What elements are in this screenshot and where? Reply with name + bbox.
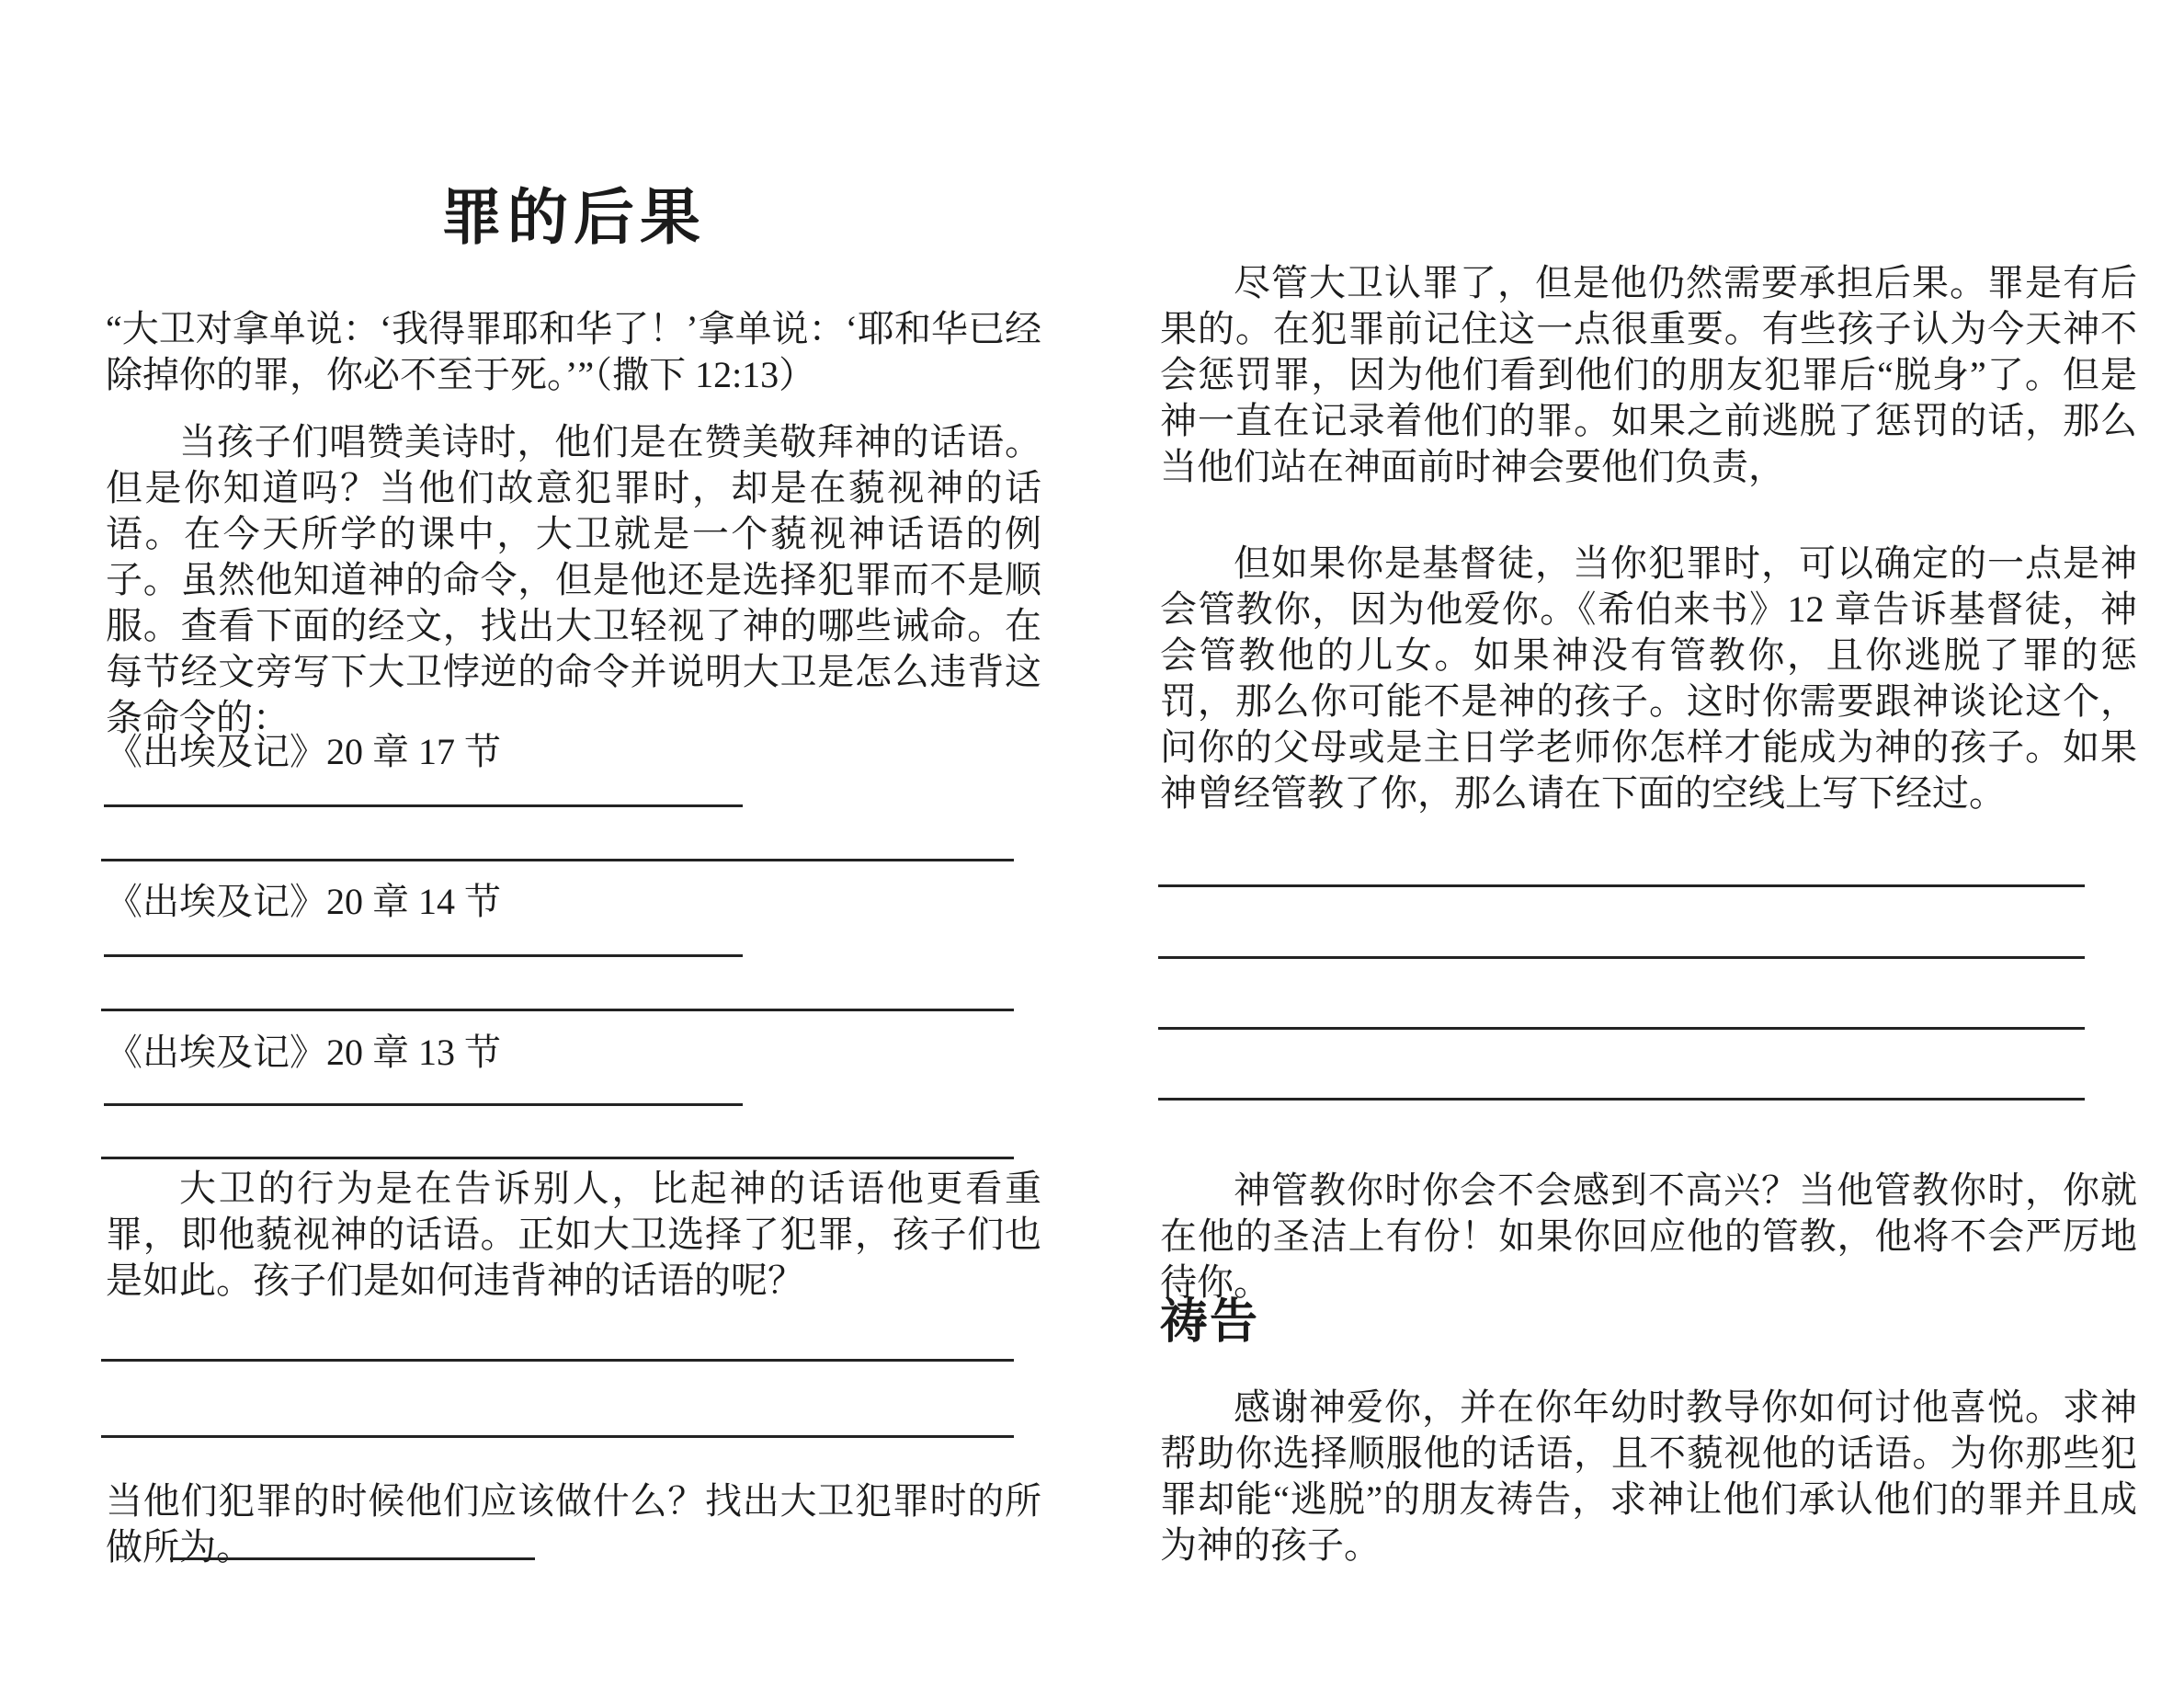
answer-line-full: [101, 1359, 1014, 1362]
answer-line-full: [1158, 1027, 2085, 1030]
answer-line-short: [104, 804, 743, 807]
scripture-reference-exodus-20-17: 《出埃及记》20 章 17 节: [106, 729, 501, 775]
answer-line-short: [104, 954, 743, 957]
page-title: 罪的后果: [106, 180, 1041, 257]
scripture-reference-exodus-20-14: 《出埃及记》20 章 14 节: [106, 879, 501, 925]
holiness-paragraph: 神管教你时你会不会感到不高兴？当他管教你时，你就在他的圣洁上有份！如果你回应他的…: [1160, 1168, 2137, 1306]
prayer-heading: 祷告: [1160, 1293, 1259, 1353]
question-paragraph: 当他们犯罪的时候他们应该做什么？找出大卫犯罪时的所做所为。: [106, 1478, 1041, 1570]
answer-line-full: [1158, 956, 2085, 959]
answer-line-full: [101, 1435, 1014, 1438]
answer-line-full: [1158, 1098, 2085, 1101]
answer-line-full: [101, 1009, 1014, 1011]
scripture-reference-exodus-20-13: 《出埃及记》20 章 13 节: [106, 1030, 501, 1076]
discipline-paragraph: 但如果你是基督徒，当你犯罪时，可以确定的一点是神会管教你，因为他爱你。《希伯来书…: [1160, 541, 2137, 816]
intro-paragraph: 当孩子们唱赞美诗时，他们是在赞美敬拜神的话语。但是你知道吗？当他们故意犯罪时，却…: [106, 419, 1041, 741]
worksheet-page: 罪的后果 “大卫对拿单说：‘我得罪耶和华了！’拿单说：‘耶和华已经除掉你的罪，你…: [0, 0, 2184, 1688]
reflection-paragraph: 大卫的行为是在告诉别人，比起神的话语他更看重罪，即他藐视神的话语。正如大卫选择了…: [106, 1166, 1041, 1304]
consequences-paragraph: 尽管大卫认罪了，但是他仍然需要承担后果。罪是有后果的。在犯罪前记住这一点很重要。…: [1160, 260, 2137, 490]
answer-line-full: [101, 859, 1014, 861]
inline-answer-line: [170, 1557, 535, 1560]
prayer-paragraph: 感谢神爱你，并在你年幼时教导你如何讨他喜悦。求神帮助你选择顺服他的话语，且不藐视…: [1160, 1385, 2137, 1568]
answer-line-short: [104, 1103, 743, 1106]
answer-line-full: [1158, 884, 2085, 887]
answer-line-full: [101, 1157, 1014, 1159]
scripture-quote-paragraph: “大卫对拿单说：‘我得罪耶和华了！’拿单说：‘耶和华已经除掉你的罪，你必不至于死…: [106, 306, 1041, 398]
